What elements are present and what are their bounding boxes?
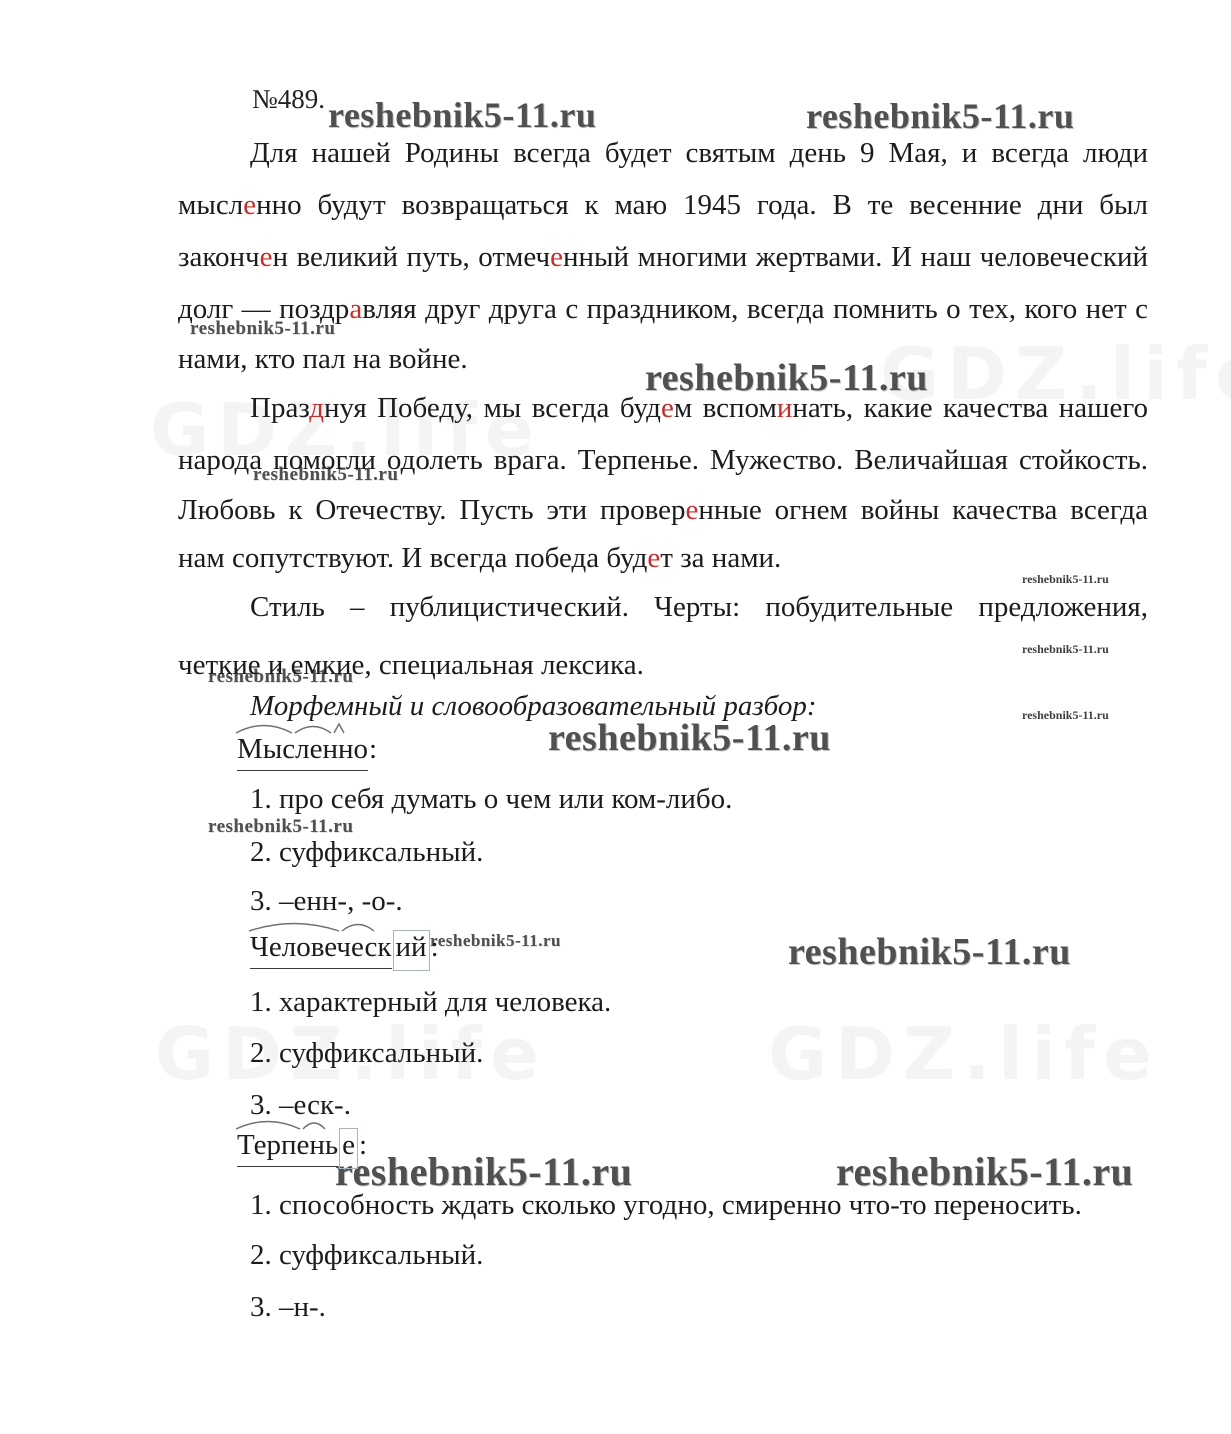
site-watermark: reshebnik5-11.ru xyxy=(788,930,1071,974)
site-watermark: reshebnik5-11.ru xyxy=(430,931,561,951)
word-colon: : xyxy=(358,1129,367,1161)
text-line: закончен великий путь, отмеченный многим… xyxy=(178,237,1148,277)
text-line: долг — поздравляя друг друга с празднико… xyxy=(178,289,1148,329)
parse-word-terpenye: Терпенье: xyxy=(237,1129,367,1162)
analysis-item: 3. –н-. xyxy=(250,1291,326,1324)
word-stem: Мысленно xyxy=(237,733,368,771)
site-watermark: reshebnik5-11.ru xyxy=(806,95,1074,137)
text-line: народа помогли одолеть врага. Терпенье. … xyxy=(178,440,1148,480)
analysis-item: 2. суффиксальный. xyxy=(250,836,483,869)
word-ending-box: е xyxy=(339,1128,358,1169)
word-stem: Терпень xyxy=(237,1129,338,1167)
site-watermark: reshebnik5-11.ru xyxy=(836,1148,1133,1195)
analysis-item: 1. про себя думать о чем или ком-либо. xyxy=(250,783,732,816)
text-line: Любовь к Отечеству. Пусть эти проверенны… xyxy=(178,490,1148,530)
analysis-item: 2. суффиксальный. xyxy=(250,1239,483,1272)
analysis-item: 1. способность ждать сколько угодно, сми… xyxy=(250,1189,1082,1222)
text-line: нам сопутствуют. И всегда победа будет з… xyxy=(178,538,1148,578)
site-watermark: reshebnik5-11.ru xyxy=(1022,708,1109,723)
gdz-background-watermark: GDZ.life xyxy=(768,1012,1160,1096)
analysis-item: 1. характерный для человека. xyxy=(250,986,611,1019)
word-colon: : xyxy=(430,931,439,963)
text-line: мысленно будут возвращаться к маю 1945 г… xyxy=(178,185,1148,225)
word-stem: Человеческ xyxy=(250,931,392,969)
site-watermark: reshebnik5-11.ru xyxy=(208,816,353,838)
morpheme-marks xyxy=(234,1115,334,1131)
text-line: четкие и емкие, специальная лексика. xyxy=(178,645,1148,685)
parse-word-chelovecheskiy: Человеческий: xyxy=(250,931,439,964)
text-line: Празднуя Победу, мы всегда будем вспомин… xyxy=(178,388,1148,428)
word-ending-box: ий xyxy=(393,930,430,971)
analysis-item: 2. суффиксальный. xyxy=(250,1037,483,1070)
parse-word-myslenno: Мысленно: xyxy=(237,733,377,766)
document-page: GDZ.life GDZ.life GDZ.life GDZ.life №489… xyxy=(0,0,1231,1434)
text-line: Стиль – публицистический. Черты: побудит… xyxy=(178,587,1148,627)
text-line: нами, кто пал на войне. xyxy=(178,339,1148,379)
site-watermark: reshebnik5-11.ru xyxy=(335,1148,632,1195)
morpheme-marks xyxy=(234,719,352,735)
text-line: Для нашей Родины всегда будет святым ден… xyxy=(178,133,1148,173)
site-watermark: reshebnik5-11.ru xyxy=(328,94,596,136)
task-number: №489. xyxy=(252,84,325,115)
morpheme-marks xyxy=(247,917,381,933)
word-colon: : xyxy=(368,733,377,765)
analysis-item: 3. –енн-, -о-. xyxy=(250,885,403,918)
